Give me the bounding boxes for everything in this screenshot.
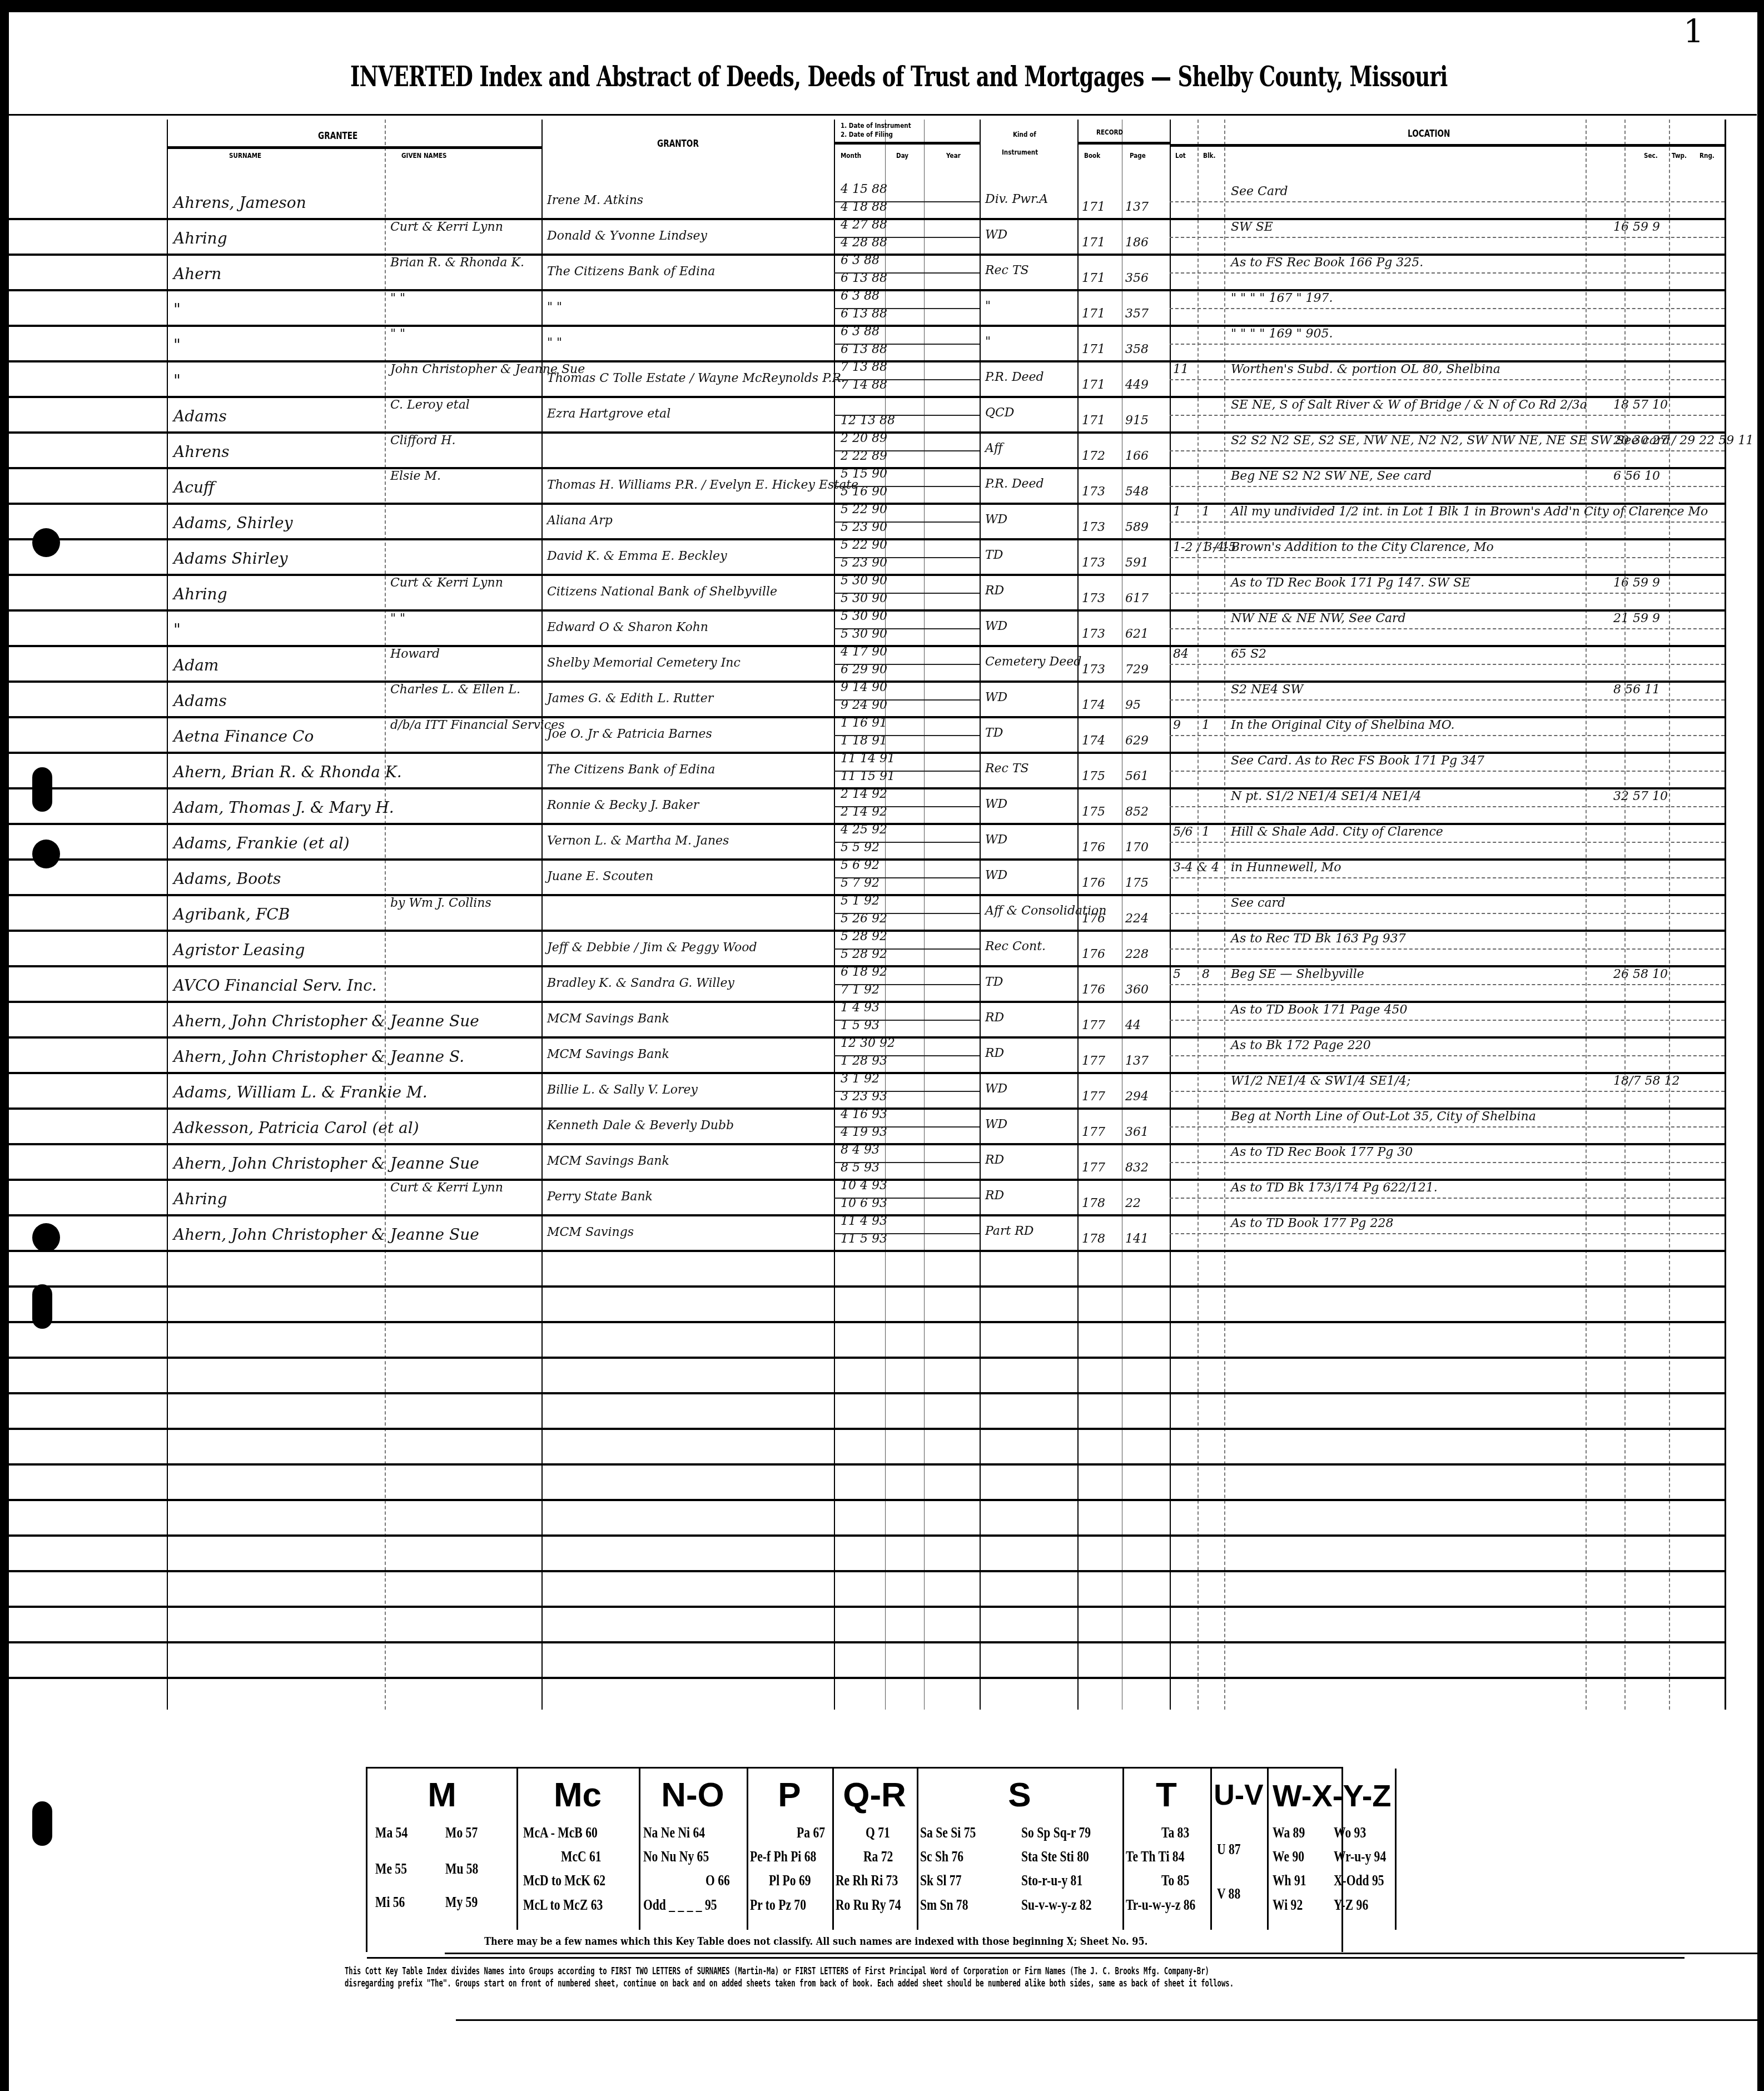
date-of-instrument: 11 14 91 <box>841 752 895 766</box>
grantee-given-names: Clifford H. <box>390 434 456 448</box>
table-row: Ahern, John Christopher & Jeanne SueMCM … <box>168 1215 1725 1251</box>
grantor-name: " " <box>547 300 562 314</box>
key-entry: Te Th Ti 84 <box>1126 1848 1184 1865</box>
record-page: 548 <box>1125 485 1149 499</box>
key-entry: Pa 67 <box>797 1824 825 1841</box>
grantor-name: Thomas H. Williams P.R. / Evelyn E. Hick… <box>547 478 858 492</box>
header-twp: Twp. <box>1672 152 1687 160</box>
grantee-surname: Adams <box>173 692 227 710</box>
grantor-name: Aliana Arp <box>547 514 613 528</box>
location-blk: 1 / 1 <box>1202 540 1229 554</box>
date-divider <box>834 842 980 843</box>
location-divider <box>1170 877 1725 878</box>
row-divider <box>7 1570 1725 1572</box>
date-of-instrument: 5 1 92 <box>841 894 879 908</box>
grantor-name: Donald & Yvonne Lindsey <box>547 229 707 243</box>
location-divider <box>1170 1162 1725 1163</box>
location-divider <box>1170 272 1725 274</box>
location-lot: 5/6 <box>1173 825 1192 839</box>
instrument-kind: WD <box>985 513 1007 527</box>
grantee-given-names: d/b/a ITT Financial Services <box>390 718 565 732</box>
header-surname: SURNAME <box>229 152 261 160</box>
date-divider <box>834 913 980 914</box>
location-description: NW NE & NE NW, See Card <box>1231 612 1406 625</box>
record-book: 176 <box>1082 841 1105 855</box>
key-entry: Mo 57 <box>445 1824 478 1841</box>
grantor-name: MCM Savings Bank <box>547 1154 669 1168</box>
key-entry: Su-v-w-y-z 82 <box>1021 1896 1092 1914</box>
location-description: As to Rec TD Bk 163 Pg 937 <box>1231 932 1406 946</box>
table-row: Adams ShirleyDavid K. & Emma E. Beckley5… <box>168 539 1725 575</box>
scan-edge-right <box>1757 0 1764 2091</box>
row-divider <box>7 1463 1725 1466</box>
key-entry: Ra 72 <box>863 1848 893 1865</box>
grantee-surname: Ahern, John Christopher & Jeanne S. <box>173 1047 464 1066</box>
header-rule <box>168 146 541 149</box>
location-sec-twp-rng: 18 57 10 <box>1613 398 1668 412</box>
location-lot: 9 <box>1173 718 1181 732</box>
table-row: "John Christopher & Jeanne SueThomas C T… <box>168 361 1725 397</box>
record-page: 356 <box>1125 271 1149 285</box>
location-description: Beg SE — Shelbyville <box>1231 967 1364 981</box>
instrument-kind: RD <box>985 1011 1004 1025</box>
date-of-instrument: 4 16 93 <box>841 1107 887 1121</box>
header-blk: Blk. <box>1203 152 1215 160</box>
key-group-t: T Ta 83 Te Th Ti 84 To 85 Tr-u-w-y-z 86 <box>1122 1769 1212 1930</box>
location-lot: 3-4 & 4 <box>1173 861 1219 875</box>
grantee-surname: Adam, Thomas J. & Mary H. <box>173 798 394 817</box>
instrument-kind: Rec TS <box>985 762 1029 776</box>
table-row: Adams, ShirleyAliana Arp5 22 905 23 90WD… <box>168 504 1725 539</box>
key-letter: T <box>1122 1775 1210 1815</box>
location-description: As to TD Bk 173/174 Pg 622/121. <box>1231 1181 1438 1195</box>
date-of-instrument: 8 4 93 <box>841 1143 879 1157</box>
record-book: 173 <box>1082 627 1105 641</box>
header-date-line1: 1. Date of Instrument <box>841 122 911 130</box>
record-book: 174 <box>1082 698 1105 712</box>
record-book: 171 <box>1082 342 1105 356</box>
date-of-instrument: 6 3 88 <box>841 325 879 339</box>
record-page: 44 <box>1125 1019 1141 1032</box>
grantee-surname: " <box>173 336 181 354</box>
grantor-name: Joe O. Jr & Patricia Barnes <box>547 727 712 741</box>
location-divider <box>1170 1126 1725 1128</box>
key-group-m: M Ma 54 Me 55 Mi 56 Mo 57 Mu 58 My 59 <box>367 1769 518 1930</box>
key-group-n-o: N-O Na Ne Ni 64 No Nu Ny 65 O 66 Odd _ _… <box>639 1769 748 1930</box>
date-divider <box>834 486 980 487</box>
key-entry: O 66 <box>705 1872 730 1889</box>
table-row: Ahrens, JamesonIrene M. Atkins4 15 884 1… <box>168 183 1725 219</box>
key-entry: Mi 56 <box>375 1894 405 1911</box>
location-sec-twp-rng: 18/7 58 12 <box>1613 1074 1679 1088</box>
record-book: 171 <box>1082 271 1105 285</box>
grantee-given-names: Curt & Kerri Lynn <box>390 220 503 234</box>
record-page: 617 <box>1125 592 1149 605</box>
header-year: Year <box>946 152 961 160</box>
date-of-instrument: 2 20 89 <box>841 431 887 445</box>
instrument-kind: Rec TS <box>985 264 1029 277</box>
key-table-note: There may be a few names which this Key … <box>484 1935 1147 1948</box>
scan-edge-left <box>0 0 9 2091</box>
date-divider <box>834 1020 980 1021</box>
record-page: 357 <box>1125 307 1149 321</box>
record-book: 175 <box>1082 769 1105 783</box>
key-entry: Wi 92 <box>1273 1896 1303 1914</box>
key-entry: Y-Z 96 <box>1334 1896 1368 1914</box>
header-record: RECORD <box>1096 128 1123 137</box>
date-of-instrument: 5 6 92 <box>841 858 879 872</box>
table-row: Agristor LeasingJeff & Debbie / Jim & Pe… <box>168 931 1725 966</box>
row-divider <box>7 1677 1725 1679</box>
location-description: In the Original City of Shelbina MO. <box>1231 718 1454 732</box>
date-divider <box>834 948 980 950</box>
location-lot: 5 <box>1173 967 1181 981</box>
footer-line-2: disregarding prefix "The". Groups start … <box>345 1978 1234 1989</box>
record-book: 177 <box>1082 1090 1105 1104</box>
date-divider <box>834 415 980 416</box>
location-divider <box>1170 1055 1725 1056</box>
instrument-kind: WD <box>985 797 1007 811</box>
row-divider <box>7 1534 1725 1537</box>
grantee-surname: Adams, William L. & Frankie M. <box>173 1083 428 1101</box>
instrument-kind: P.R. Deed <box>985 370 1044 384</box>
key-entry: Odd _ _ _ _ 95 <box>643 1896 717 1914</box>
record-page: 360 <box>1125 983 1149 997</box>
location-description: Hill & Shale Add. City of Clarence <box>1231 825 1443 839</box>
date-divider <box>834 1126 980 1128</box>
instrument-kind: RD <box>985 1153 1004 1167</box>
row-divider <box>7 1357 1725 1359</box>
date-divider <box>834 379 980 380</box>
date-of-instrument: 7 13 88 <box>841 360 887 374</box>
grantor-name: James G. & Edith L. Rutter <box>547 692 713 706</box>
grantee-surname: Adams <box>173 407 227 425</box>
instrument-kind: P.R. Deed <box>985 477 1044 491</box>
grantee-given-names: Curt & Kerri Lynn <box>390 1181 503 1195</box>
date-of-instrument: 4 25 92 <box>841 823 887 837</box>
grantor-name: Perry State Bank <box>547 1190 653 1204</box>
record-page: 589 <box>1125 520 1149 534</box>
record-book: 171 <box>1082 236 1105 250</box>
location-description: Worthen's Subd. & portion OL 80, Shelbin… <box>1231 362 1500 376</box>
grantee-surname: Ahring <box>173 1190 227 1208</box>
key-entry: Ro Ru Ry 74 <box>836 1896 901 1914</box>
table-row: "" "" "6 3 886 13 88"171358" " " " 169 "… <box>168 326 1725 361</box>
table-row: Adam, Thomas J. & Mary H.Ronnie & Becky … <box>168 788 1725 824</box>
location-sec-twp-rng: 8 56 11 <box>1613 683 1660 697</box>
location-sec-twp-rng: 32 57 10 <box>1613 789 1668 803</box>
location-description: As to FS Rec Book 166 Pg 325. <box>1231 256 1423 270</box>
grantee-surname: Ahern, John Christopher & Jeanne Sue <box>173 1225 479 1244</box>
date-of-instrument: 5 22 90 <box>841 503 887 516</box>
grantor-name: Ezra Hartgrove etal <box>547 407 670 421</box>
key-entry: McD to McK 62 <box>523 1872 605 1889</box>
location-description: S2 S2 N2 SE, S2 SE, NW NE, N2 N2, SW NW … <box>1231 434 1670 448</box>
key-entry: Sk Sl 77 <box>920 1872 961 1889</box>
grantee-surname: Ahrens, Jameson <box>173 193 306 212</box>
key-letter: Mc <box>516 1775 639 1815</box>
key-entry: Ma 54 <box>375 1824 408 1841</box>
date-divider <box>834 628 980 629</box>
record-page: 224 <box>1125 912 1149 926</box>
date-of-instrument: 12 30 92 <box>841 1036 895 1050</box>
location-divider <box>1170 806 1725 807</box>
location-divider <box>1170 593 1725 594</box>
date-divider <box>834 593 980 594</box>
grantor-name: Juane E. Scouten <box>547 870 653 883</box>
grantee-given-names: Curt & Kerri Lynn <box>390 576 503 590</box>
key-entry: McC 61 <box>561 1848 602 1865</box>
row-divider <box>7 1428 1725 1430</box>
date-divider <box>834 308 980 309</box>
row-divider <box>7 1499 1725 1501</box>
grantor-name: Jeff & Debbie / Jim & Peggy Wood <box>547 941 757 955</box>
key-entry: Sc Sh 76 <box>920 1848 963 1865</box>
instrument-kind: RD <box>985 1189 1004 1203</box>
grantee-given-names: by Wm J. Collins <box>390 896 491 910</box>
instrument-kind: WD <box>985 228 1007 242</box>
record-page: 137 <box>1125 1054 1149 1068</box>
record-book: 173 <box>1082 663 1105 677</box>
location-sec-twp-rng: 16 59 9 <box>1613 220 1660 234</box>
grantee-surname: Adkesson, Patricia Carol (et al) <box>173 1119 419 1137</box>
table-row: AhernBrian R. & Rhonda K.The Citizens Ba… <box>168 255 1725 290</box>
instrument-kind: WD <box>985 691 1007 704</box>
location-description: 65 S2 <box>1231 647 1266 661</box>
table-row: AdamsCharles L. & Ellen L.James G. & Edi… <box>168 682 1725 717</box>
key-entry: X-Odd 95 <box>1334 1872 1384 1889</box>
grantee-given-names: Howard <box>390 647 440 661</box>
date-of-instrument: 6 18 92 <box>841 965 887 979</box>
instrument-kind: QCD <box>985 406 1015 420</box>
location-sec-twp-rng: 26 58 10 <box>1613 967 1668 981</box>
header-sec: Sec. <box>1644 152 1658 160</box>
location-description: See card <box>1231 896 1285 910</box>
key-entry: So Sp Sq-r 79 <box>1021 1824 1091 1841</box>
record-page: 361 <box>1125 1125 1149 1139</box>
record-book: 171 <box>1082 200 1105 214</box>
instrument-kind: TD <box>985 548 1003 562</box>
header-instrument: Instrument <box>1002 148 1038 157</box>
table-row: Aetna Finance Cod/b/a ITT Financial Serv… <box>168 717 1725 753</box>
header-location: LOCATION <box>1408 128 1450 140</box>
header-page: Page <box>1130 152 1146 160</box>
date-of-instrument: 5 30 90 <box>841 609 887 623</box>
record-page: 228 <box>1125 947 1149 961</box>
instrument-kind: RD <box>985 1046 1004 1060</box>
record-page: 22 <box>1125 1196 1141 1210</box>
key-entry: My 59 <box>445 1894 478 1911</box>
date-divider <box>834 735 980 736</box>
key-letter: N-O <box>639 1775 747 1815</box>
location-lot: 1 <box>1173 505 1181 519</box>
table-row: "" "Edward O & Sharon Kohn5 30 905 30 90… <box>168 610 1725 646</box>
location-lot: 84 <box>1173 647 1189 661</box>
instrument-kind: WD <box>985 1117 1007 1131</box>
header-rule <box>1170 144 1725 147</box>
grantee-surname: Adams, Shirley <box>173 514 292 532</box>
row-divider <box>7 1641 1725 1643</box>
location-description: S2 NE4 SW <box>1231 683 1303 697</box>
date-of-instrument: 4 27 88 <box>841 218 887 232</box>
record-page: 832 <box>1125 1161 1149 1175</box>
record-page: 95 <box>1125 698 1141 712</box>
date-divider <box>834 877 980 878</box>
header-grantee: GRANTEE <box>318 131 357 142</box>
scan-edge-top <box>0 0 1764 12</box>
header-date-line2: 2. Date of Filing <box>841 131 893 139</box>
key-entry: Wo 93 <box>1334 1824 1366 1841</box>
location-divider <box>1170 379 1725 380</box>
location-lot: 11 <box>1173 362 1189 376</box>
grantee-given-names: Charles L. & Ellen L. <box>390 683 520 697</box>
location-description: N pt. S1/2 NE1/4 SE1/4 NE1/4 <box>1231 789 1422 803</box>
record-book: 173 <box>1082 485 1105 499</box>
page-number: 1 <box>1683 12 1704 50</box>
key-group-mc: Mc McA - McB 60 McC 61 McD to McK 62 McL… <box>516 1769 640 1930</box>
grantee-surname: Ahern <box>173 265 221 283</box>
date-of-instrument: 6 3 88 <box>841 254 879 267</box>
record-book: 176 <box>1082 876 1105 890</box>
location-description: SW SE <box>1231 220 1273 234</box>
table-row: Adams, BootsJuane E. Scouten5 6 925 7 92… <box>168 860 1725 895</box>
grantor-name: Vernon L. & Martha M. Janes <box>547 834 729 848</box>
row-divider <box>7 1250 1725 1252</box>
date-divider <box>834 806 980 807</box>
location-description: As to TD Book 171 Page 450 <box>1231 1003 1408 1017</box>
location-sec-twp-rng: 20 30 27 / 29 22 59 11 <box>1613 434 1753 448</box>
date-divider <box>834 557 980 558</box>
date-of-instrument: 10 4 93 <box>841 1179 887 1193</box>
location-description: in Hunnewell, Mo <box>1231 861 1341 875</box>
record-page: 561 <box>1125 769 1149 783</box>
header-book: Book <box>1084 152 1100 160</box>
key-entry: Mu 58 <box>445 1860 478 1878</box>
instrument-kind: " <box>985 299 991 313</box>
table-row: "" "" "6 3 886 13 88"171357" " " " 167 "… <box>168 290 1725 326</box>
grantor-name: The Citizens Bank of Edina <box>547 763 715 777</box>
record-page: 591 <box>1125 556 1149 570</box>
date-divider <box>834 1162 980 1163</box>
record-book: 172 <box>1082 449 1105 463</box>
punch-hole <box>32 1801 52 1846</box>
table-row: AhringCurt & Kerri LynnDonald & Yvonne L… <box>168 219 1725 255</box>
key-entry: Sa Se Si 75 <box>920 1824 976 1841</box>
record-page: 729 <box>1125 663 1149 677</box>
date-divider <box>834 984 980 985</box>
punch-hole <box>32 1223 60 1252</box>
record-page: 186 <box>1125 236 1149 250</box>
header-grantor: GRANTOR <box>657 138 699 150</box>
date-divider <box>834 771 980 772</box>
header-day: Day <box>896 152 908 160</box>
location-description: As to TD Rec Book 171 Pg 147. SW SE <box>1231 576 1470 590</box>
grantee-surname: " <box>173 620 181 639</box>
record-page: 449 <box>1125 378 1149 392</box>
location-divider <box>1170 1020 1725 1021</box>
key-letter: Q-R <box>832 1775 917 1815</box>
date-of-instrument: 5 30 90 <box>841 574 887 588</box>
record-book: 176 <box>1082 983 1105 997</box>
grantor-name: Shelby Memorial Cemetery Inc <box>547 656 741 670</box>
grantee-surname: Aetna Finance Co <box>173 727 314 746</box>
location-description: " " " " 167 " 197. <box>1231 291 1333 305</box>
record-page: 294 <box>1125 1090 1149 1104</box>
grantee-given-names: " " <box>390 327 405 341</box>
key-group-p: P Pa 67 Pe-f Ph Pi 68 Pl Po 69 Pr to Pz … <box>747 1769 834 1930</box>
grantee-surname: Adams Shirley <box>173 549 288 568</box>
record-book: 176 <box>1082 947 1105 961</box>
punch-hole <box>32 528 60 557</box>
location-divider <box>1170 450 1725 451</box>
header-month: Month <box>841 152 861 160</box>
key-entry: Ta 83 <box>1161 1824 1189 1841</box>
instrument-kind: Rec Cont. <box>985 940 1046 953</box>
location-divider <box>1170 699 1725 701</box>
punch-hole <box>32 840 60 868</box>
grantee-given-names: " " <box>390 291 405 305</box>
location-description: As to Bk 172 Page 220 <box>1231 1039 1371 1052</box>
date-divider <box>834 450 980 451</box>
grantee-given-names: " " <box>390 612 405 625</box>
location-divider <box>1170 913 1725 914</box>
location-description: " " " " 169 " 905. <box>1231 327 1333 341</box>
record-book: 171 <box>1082 414 1105 428</box>
header-rule <box>834 142 980 145</box>
grantee-surname: Ahring <box>173 229 227 247</box>
location-description: All my undivided 1/2 int. in Lot 1 Blk 1… <box>1231 505 1708 519</box>
location-divider <box>1170 308 1725 309</box>
location-description: Beg at North Line of Out-Lot 35, City of… <box>1231 1110 1536 1124</box>
grantor-name: MCM Savings Bank <box>547 1047 669 1061</box>
record-book: 178 <box>1082 1196 1105 1210</box>
location-sec-twp-rng: 16 59 9 <box>1613 576 1660 590</box>
record-book: 177 <box>1082 1161 1105 1175</box>
date-divider <box>834 1055 980 1056</box>
grantee-surname: AVCO Financial Serv. Inc. <box>173 976 377 995</box>
table-row: AdamsC. Leroy etalEzra Hartgrove etal12 … <box>168 397 1725 433</box>
record-book: 178 <box>1082 1232 1105 1246</box>
location-blk: 1 <box>1202 825 1210 839</box>
key-group-q-r: Q-R Q 71 Ra 72 Re Rh Ri 73 Ro Ru Ry 74 <box>832 1769 918 1930</box>
key-entry: Sm Sn 78 <box>920 1896 968 1914</box>
instrument-kind: Part RD <box>985 1224 1033 1238</box>
key-entry: Me 55 <box>375 1860 407 1878</box>
date-of-instrument: 1 16 91 <box>841 716 887 730</box>
instrument-kind: WD <box>985 1082 1007 1096</box>
key-entry: V 88 <box>1217 1885 1240 1903</box>
row-divider <box>7 1392 1725 1394</box>
key-entry: Tr-u-w-y-z 86 <box>1126 1896 1195 1914</box>
record-book: 174 <box>1082 734 1105 748</box>
record-page: 166 <box>1125 449 1149 463</box>
grantee-surname: Ahring <box>173 585 227 603</box>
table-row: Adkesson, Patricia Carol (et al)Kenneth … <box>168 1109 1725 1144</box>
footer-line-1: This Cott Key Table Index divides Names … <box>345 1966 1209 1977</box>
date-of-instrument: 4 15 88 <box>841 182 887 196</box>
instrument-kind: RD <box>985 584 1004 598</box>
key-entry: We 90 <box>1273 1848 1304 1865</box>
key-entry: U 87 <box>1217 1841 1241 1858</box>
table-row: Ahern, Brian R. & Rhonda K.The Citizens … <box>168 753 1725 788</box>
table-row: Ahern, John Christopher & Jeanne S.MCM S… <box>168 1037 1725 1073</box>
location-divider <box>1170 201 1725 202</box>
location-divider <box>1170 735 1725 736</box>
row-divider <box>7 1606 1725 1608</box>
location-divider <box>1170 664 1725 665</box>
record-book: 177 <box>1082 1125 1105 1139</box>
grantor-name: Ronnie & Becky J. Baker <box>547 798 699 812</box>
